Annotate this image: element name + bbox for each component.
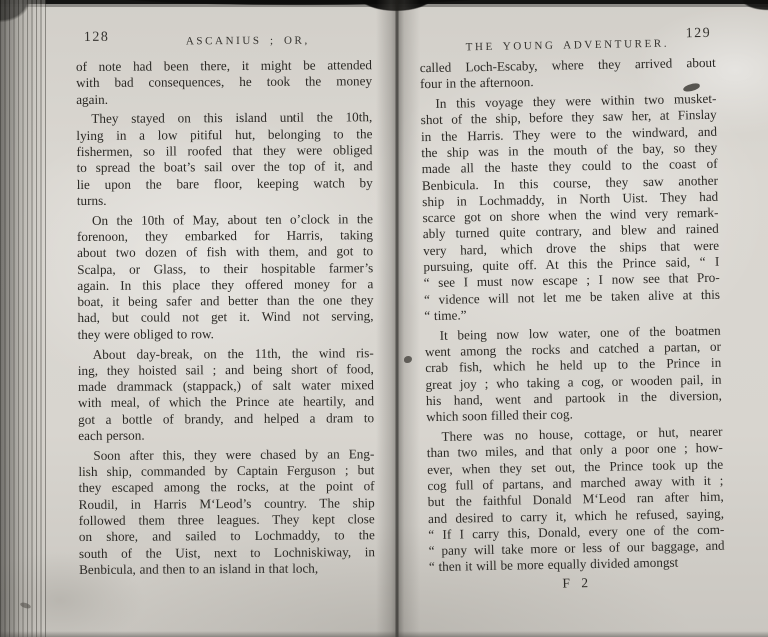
right-page-header: THE YOUNG ADVENTURER. 129 xyxy=(419,33,715,56)
text-line: lish ship, commanded by Captain Ferguson… xyxy=(78,462,374,480)
text-line: About day-break, on the 11th, the wind r… xyxy=(78,345,374,363)
text-line: ing, they hoisted sail ; and being short… xyxy=(78,361,374,379)
text-line: got a bottle of brandy, and helped a dra… xyxy=(78,410,374,428)
paragraph: of note had been there, it might be atte… xyxy=(76,57,372,108)
bottom-page-shadow xyxy=(0,631,768,637)
paragraph: It being now low water, one of the boatm… xyxy=(425,322,723,425)
paragraph: On the 10th of May, about ten o’clock in… xyxy=(77,211,374,343)
text-line: followed them three leagues. They kept c… xyxy=(79,511,375,529)
left-page-header: 128 ASCANIUS ; OR, xyxy=(76,30,372,50)
page-number: 128 xyxy=(84,30,110,46)
text-line: about two dozen of fish with them, and g… xyxy=(77,243,373,261)
book-scan: 128 ASCANIUS ; OR, of note had been ther… xyxy=(0,0,768,637)
text-line: again. xyxy=(76,90,372,108)
right-page: THE YOUNG ADVENTURER. 129 called Loch-Es… xyxy=(400,0,768,637)
text-line: made drammack (stappack,) of salt water … xyxy=(78,377,374,395)
ink-speck xyxy=(19,601,31,609)
text-line: they escaped among the rocks, at the poi… xyxy=(79,479,375,497)
paragraph: called Loch-Escaby, where they arrived a… xyxy=(420,55,717,93)
text-line: with bad consequences, he took the money xyxy=(76,74,372,92)
signature-mark: F 2 xyxy=(429,573,725,594)
left-page: 128 ASCANIUS ; OR, of note had been ther… xyxy=(40,0,392,637)
text-line: Benbicula, and then to an island in that… xyxy=(79,560,375,578)
paragraph: Soon after this, they were chased by an … xyxy=(78,446,375,578)
text-line: south of the Uist, next to Lochniskiway,… xyxy=(79,544,375,562)
text-line: of note had been there, it might be atte… xyxy=(76,57,372,75)
text-line: Soon after this, they were chased by an … xyxy=(78,446,374,464)
running-title: THE YOUNG ADVENTURER. xyxy=(466,38,670,54)
text-line: they were obliged to row. xyxy=(78,325,374,343)
text-line: each person. xyxy=(78,426,374,444)
left-page-text: of note had been there, it might be atte… xyxy=(76,57,375,578)
paragraph: They stayed on this island until the 10t… xyxy=(76,110,373,210)
text-line: turns. xyxy=(77,191,373,209)
paragraph: In this voyage they were within two musk… xyxy=(420,91,720,325)
text-line: again. In this place they offered money … xyxy=(77,276,373,294)
text-line: forenoon, they embarked for Harris, taki… xyxy=(77,227,373,245)
text-line: to spread the boat’s sail over the top o… xyxy=(77,158,373,176)
paragraph: There was no house, cottage, or hut, nea… xyxy=(426,424,725,576)
text-line: Roudil, in Harris M‘Leod’s country. The … xyxy=(79,495,375,513)
page-number: 129 xyxy=(686,26,712,42)
text-line: had, but could not get it. Wind not serv… xyxy=(77,309,373,327)
text-line: Scalpa, or Glass, to their hospitable fa… xyxy=(77,260,373,278)
text-line: On the 10th of May, about ten o’clock in… xyxy=(77,211,373,229)
right-page-text: called Loch-Escaby, where they arrived a… xyxy=(420,55,725,576)
text-line: lie upon the bare floor, keeping watch b… xyxy=(77,175,373,193)
text-line: on shore, and sailed to Lochmaddy, to th… xyxy=(79,528,375,546)
text-line: lying in a low pitiful hut, belonging to… xyxy=(76,126,372,144)
text-line: fishermen, so ill roofed that they were … xyxy=(76,142,372,160)
running-title: ASCANIUS ; OR, xyxy=(186,35,310,48)
text-line: They stayed on this island until the 10t… xyxy=(76,110,372,128)
paragraph: About day-break, on the 11th, the wind r… xyxy=(78,345,375,445)
text-line: boat, it being safer and better than the… xyxy=(77,292,373,310)
text-line: with meal, of which the Prince ate heart… xyxy=(78,394,374,412)
